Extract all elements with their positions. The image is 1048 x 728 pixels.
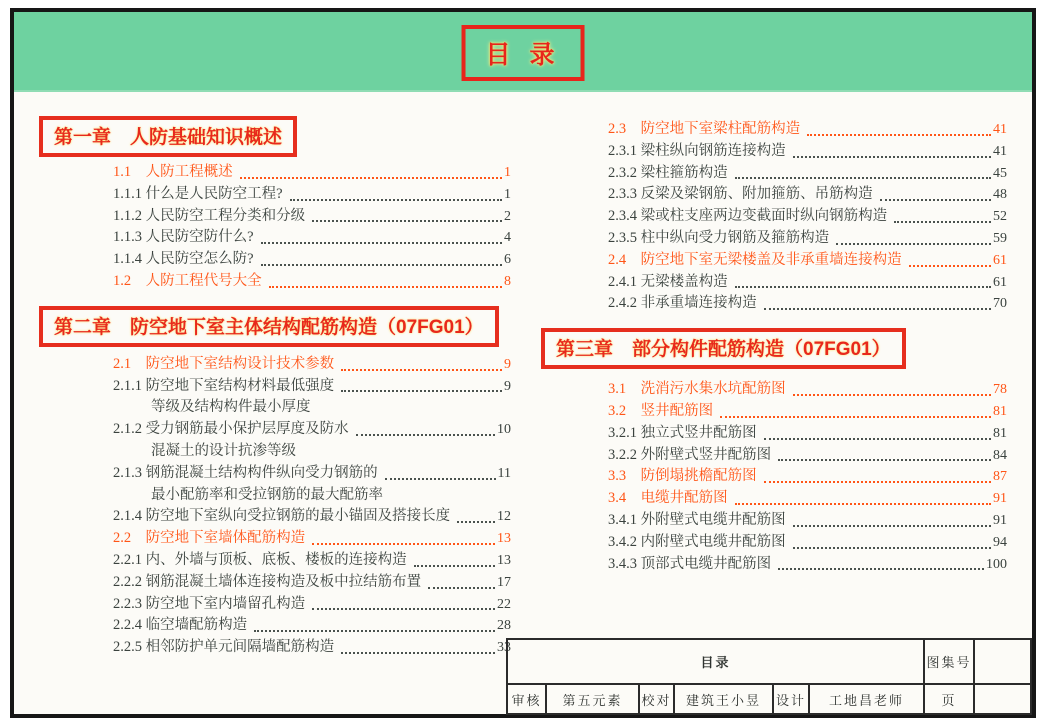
- toc-entry-text: 3.4 电缆井配筋图: [608, 488, 728, 510]
- page-number: 87: [993, 466, 1007, 488]
- toc-entry: 2.4 防空地下室无梁楼盖及非承重墙连接构造61: [608, 250, 1007, 272]
- toc-entry: 2.1.3 钢筋混凝土结构构件纵向受力钢筋的11: [113, 463, 511, 485]
- page-number: 22: [497, 594, 511, 616]
- dotted-leader: [735, 286, 991, 288]
- toc-entry-text: 2.2.1 内、外墙与顶板、底板、楼板的连接构造: [113, 550, 407, 572]
- page-number: 100: [986, 554, 1007, 576]
- toc-entry-text: 3.2.2 外附壁式竖井配筋图: [608, 445, 771, 467]
- toc-entry: 3.2 竖井配筋图81: [608, 401, 1007, 423]
- page-number: 41: [993, 141, 1007, 163]
- toc-entry: 2.3.5 柱中纵向受力钢筋及箍筋构造59: [608, 228, 1007, 250]
- dotted-leader: [793, 394, 991, 396]
- toc-entry: 2.2.5 相邻防护单元间隔墙配筋构造33: [113, 637, 511, 659]
- page-number: 11: [498, 463, 511, 485]
- toc-entry: 2.1 防空地下室结构设计技术参数9: [113, 354, 511, 376]
- review-label: 审核: [507, 684, 546, 714]
- toc-entry: 3.4.1 外附壁式电缆井配筋图91: [608, 510, 1007, 532]
- chapter3-entry-list: 3.1 洗消污水集水坑配筋图783.2 竖井配筋图813.2.1 独立式竖井配筋…: [541, 379, 1007, 575]
- toc-entry: 2.2.2 钢筋混凝土墙体连接构造及板中拉结筋布置17: [113, 572, 511, 594]
- toc-entry-text: 1.2 人防工程代号大全: [113, 271, 262, 293]
- dotted-leader: [807, 134, 991, 136]
- dotted-leader: [312, 608, 495, 610]
- toc-entry: 2.2 防空地下室墙体配筋构造13: [113, 528, 511, 550]
- toc-entry-text: 2.3.2 梁柱箍筋构造: [608, 163, 728, 185]
- toc-entry-text: 2.2.2 钢筋混凝土墙体连接构造及板中拉结筋布置: [113, 572, 421, 594]
- dotted-leader: [312, 220, 502, 222]
- page-number: 78: [993, 379, 1007, 401]
- toc-entry: 等级及结构构件最小厚度: [113, 397, 511, 419]
- toc-entry-text: 2.1.3 钢筋混凝土结构构件纵向受力钢筋的: [113, 463, 378, 485]
- design-label: 设计: [773, 684, 809, 714]
- toc-entry-text: 2.3 防空地下室梁柱配筋构造: [608, 119, 800, 141]
- toc-entry: 3.4 电缆井配筋图91: [608, 488, 1007, 510]
- page-number: 45: [993, 163, 1007, 185]
- page-number: 52: [993, 206, 1007, 228]
- toc-entry-text: 最小配筋率和受拉钢筋的最大配筋率: [113, 485, 383, 507]
- page-number: 1: [504, 162, 511, 184]
- toc-entry-text: 2.3.5 柱中纵向受力钢筋及箍筋构造: [608, 228, 829, 250]
- page-cell-value: [974, 684, 1031, 714]
- toc-entry: 2.2.4 临空墙配筋构造28: [113, 615, 511, 637]
- chapter2-entry-list: 2.1 防空地下室结构设计技术参数92.1.1 防空地下室结构材料最低强度9等级…: [39, 354, 511, 659]
- page-number: 1: [504, 184, 511, 206]
- dotted-leader: [909, 265, 991, 267]
- chapter1-heading-box: 第一章 人防基础知识概述: [39, 116, 297, 157]
- page-number: 91: [993, 488, 1007, 510]
- toc-entry: 3.3 防倒塌挑檐配筋图87: [608, 466, 1007, 488]
- toc-entry: 最小配筋率和受拉钢筋的最大配筋率: [113, 485, 511, 507]
- dotted-leader: [764, 481, 991, 483]
- dotted-leader: [764, 308, 991, 310]
- toc-entry-text: 2.2.4 临空墙配筋构造: [113, 615, 247, 637]
- dotted-leader: [269, 286, 502, 288]
- toc-entry: 2.1.1 防空地下室结构材料最低强度9: [113, 376, 511, 398]
- page-number: 9: [504, 376, 511, 398]
- toc-entry: 2.1.4 防空地下室纵向受拉钢筋的最小锚固及搭接长度12: [113, 506, 511, 528]
- dotted-leader: [240, 177, 502, 179]
- dotted-leader: [341, 390, 502, 392]
- dotted-leader: [793, 156, 991, 158]
- dotted-leader: [793, 525, 991, 527]
- page-number: 48: [993, 184, 1007, 206]
- toc-entry-text: 2.3.3 反梁及梁钢筋、附加箍筋、吊筋构造: [608, 184, 873, 206]
- toc-entry: 3.4.2 内附壁式电缆井配筋图94: [608, 532, 1007, 554]
- dotted-leader: [356, 434, 495, 436]
- toc-entry: 2.3.2 梁柱箍筋构造45: [608, 163, 1007, 185]
- page-number: 12: [497, 506, 511, 528]
- dotted-leader: [764, 438, 991, 440]
- chapter1-heading: 第一章 人防基础知识概述: [54, 127, 282, 148]
- page-number: 2: [504, 206, 511, 228]
- page-number: 13: [497, 550, 511, 572]
- toc-entry-text: 2.1.2 受力钢筋最小保护层厚度及防水: [113, 419, 349, 441]
- toc-entry: 2.2.1 内、外墙与顶板、底板、楼板的连接构造13: [113, 550, 511, 572]
- page-number: 91: [993, 510, 1007, 532]
- toc-entry-text: 2.4.2 非承重墙连接构造: [608, 293, 757, 315]
- atlas-number-label: 图集号: [924, 639, 974, 684]
- dotted-leader: [290, 199, 502, 201]
- dotted-leader: [735, 177, 991, 179]
- page-number: 10: [497, 419, 511, 441]
- toc-entry-text: 2.1 防空地下室结构设计技术参数: [113, 354, 334, 376]
- toc-entry: 2.3.3 反梁及梁钢筋、附加箍筋、吊筋构造48: [608, 184, 1007, 206]
- toc-entry: 1.1.3 人民防空防什么?4: [113, 227, 511, 249]
- toc-entry: 1.1.2 人民防空工程分类和分级2: [113, 206, 511, 228]
- toc-entry-text: 2.2.3 防空地下室内墙留孔构造: [113, 594, 305, 616]
- dotted-leader: [720, 416, 991, 418]
- chapter3-heading: 第三章 部分构件配筋构造（07FG01）: [556, 339, 891, 360]
- atlas-number-value: [974, 639, 1031, 684]
- toc-entry-text: 1.1.3 人民防空防什么?: [113, 227, 254, 249]
- toc-entry: 1.2 人防工程代号大全8: [113, 271, 511, 293]
- toc-entry-text: 混凝土的设计抗渗等级: [113, 441, 296, 463]
- toc-entry: 2.3.4 梁或柱支座两边变截面时纵向钢筋构造52: [608, 206, 1007, 228]
- proof-value: 建筑王小昱: [674, 684, 773, 714]
- toc-entry: 1.1 人防工程概述1: [113, 162, 511, 184]
- toc-entry: 2.1.2 受力钢筋最小保护层厚度及防水10: [113, 419, 511, 441]
- toc-entry-text: 3.4.3 顶部式电缆井配筋图: [608, 554, 771, 576]
- toc-entry-text: 2.4 防空地下室无梁楼盖及非承重墙连接构造: [608, 250, 902, 272]
- dotted-leader: [414, 565, 495, 567]
- dotted-leader: [428, 587, 495, 589]
- page-number: 59: [993, 228, 1007, 250]
- page-number: 84: [993, 445, 1007, 467]
- toc-left-column: 第一章 人防基础知识概述 1.1 人防工程概述11.1.1 什么是人民防空工程?…: [39, 116, 511, 659]
- toc-entry: 2.2.3 防空地下室内墙留孔构造22: [113, 594, 511, 616]
- toc-entry-text: 2.2 防空地下室墙体配筋构造: [113, 528, 305, 550]
- page-number: 6: [504, 249, 511, 271]
- toc-entry: 3.4.3 顶部式电缆井配筋图100: [608, 554, 1007, 576]
- page-number: 9: [504, 354, 511, 376]
- page-number: 61: [993, 272, 1007, 294]
- toc-entry: 3.2.2 外附壁式竖井配筋图84: [608, 445, 1007, 467]
- page-number: 61: [993, 250, 1007, 272]
- dotted-leader: [778, 568, 984, 570]
- page-cell-label: 页: [924, 684, 974, 714]
- toc-entry-text: 2.1.1 防空地下室结构材料最低强度: [113, 376, 334, 398]
- toc-entry-text: 3.2 竖井配筋图: [608, 401, 713, 423]
- toc-entry: 2.3.1 梁柱纵向钢筋连接构造41: [608, 141, 1007, 163]
- dotted-leader: [261, 264, 502, 266]
- page-number: 4: [504, 227, 511, 249]
- dotted-leader: [457, 521, 495, 523]
- title-block: 目录 图集号 审核 第五元素 校对 建筑王小昱 设计 工地昌老师 页: [506, 638, 1032, 715]
- toc-right-column: 2.3 防空地下室梁柱配筋构造412.3.1 梁柱纵向钢筋连接构造412.3.2…: [541, 119, 1007, 575]
- dotted-leader: [254, 630, 495, 632]
- toc-entry-text: 2.1.4 防空地下室纵向受拉钢筋的最小锚固及搭接长度: [113, 506, 450, 528]
- page-number: 94: [993, 532, 1007, 554]
- review-value: 第五元素: [546, 684, 639, 714]
- dotted-leader: [778, 459, 991, 461]
- chapter2-heading: 第二章 防空地下室主体结构配筋构造（07FG01）: [54, 317, 484, 338]
- chapter2-heading-box: 第二章 防空地下室主体结构配筋构造（07FG01）: [39, 306, 499, 347]
- toc-entry: 2.4.2 非承重墙连接构造70: [608, 293, 1007, 315]
- page-title: 目 录: [486, 41, 561, 69]
- dotted-leader: [880, 199, 991, 201]
- toc-title-box: 目 录: [462, 25, 585, 81]
- toc-entry: 2.4.1 无梁楼盖构造61: [608, 272, 1007, 294]
- toc-entry-text: 1.1.4 人民防空怎么防?: [113, 249, 254, 271]
- page-number: 81: [993, 401, 1007, 423]
- chapter1-entry-list: 1.1 人防工程概述11.1.1 什么是人民防空工程?11.1.2 人民防空工程…: [39, 162, 511, 293]
- toc-entry: 1.1.4 人民防空怎么防?6: [113, 249, 511, 271]
- dotted-leader: [261, 242, 502, 244]
- toc-entry: 1.1.1 什么是人民防空工程?1: [113, 184, 511, 206]
- toc-entry: 混凝土的设计抗渗等级: [113, 441, 511, 463]
- toc-entry-text: 3.1 洗消污水集水坑配筋图: [608, 379, 786, 401]
- page-number: 41: [993, 119, 1007, 141]
- page-number: 8: [504, 271, 511, 293]
- dotted-leader: [312, 543, 495, 545]
- toc-entry-text: 3.4.2 内附壁式电缆井配筋图: [608, 532, 786, 554]
- dotted-leader: [735, 503, 991, 505]
- toc-entry-text: 1.1.1 什么是人民防空工程?: [113, 184, 283, 206]
- chapter2-continued-entry-list: 2.3 防空地下室梁柱配筋构造412.3.1 梁柱纵向钢筋连接构造412.3.2…: [541, 119, 1007, 315]
- design-value: 工地昌老师: [809, 684, 924, 714]
- proof-label: 校对: [639, 684, 674, 714]
- chapter3-heading-box: 第三章 部分构件配筋构造（07FG01）: [541, 328, 906, 369]
- dotted-leader: [836, 243, 991, 245]
- dotted-leader: [894, 221, 991, 223]
- dotted-leader: [341, 652, 495, 654]
- page-number: 17: [497, 572, 511, 594]
- toc-entry-text: 1.1.2 人民防空工程分类和分级: [113, 206, 305, 228]
- page-number: 28: [497, 615, 511, 637]
- dotted-leader: [341, 369, 502, 371]
- toc-entry-text: 1.1 人防工程概述: [113, 162, 233, 184]
- page-number: 70: [993, 293, 1007, 315]
- page-number: 81: [993, 423, 1007, 445]
- header-green-band: 目 录: [14, 12, 1032, 92]
- dotted-leader: [385, 478, 496, 480]
- toc-entry-text: 等级及结构构件最小厚度: [113, 397, 311, 419]
- toc-entry-text: 3.3 防倒塌挑檐配筋图: [608, 466, 757, 488]
- toc-entry-text: 3.2.1 独立式竖井配筋图: [608, 423, 757, 445]
- toc-entry: 3.2.1 独立式竖井配筋图81: [608, 423, 1007, 445]
- page-number: 13: [497, 528, 511, 550]
- scanned-toc-page: 目 录 第一章 人防基础知识概述 1.1 人防工程概述11.1.1 什么是人民防…: [10, 8, 1036, 718]
- toc-entry-text: 2.2.5 相邻防护单元间隔墙配筋构造: [113, 637, 334, 659]
- toc-entry-text: 2.3.1 梁柱纵向钢筋连接构造: [608, 141, 786, 163]
- toc-entry: 2.3 防空地下室梁柱配筋构造41: [608, 119, 1007, 141]
- dotted-leader: [793, 547, 991, 549]
- title-block-doc-title: 目录: [507, 639, 924, 684]
- toc-entry: 3.1 洗消污水集水坑配筋图78: [608, 379, 1007, 401]
- toc-entry-text: 2.4.1 无梁楼盖构造: [608, 272, 728, 294]
- toc-entry-text: 3.4.1 外附壁式电缆井配筋图: [608, 510, 786, 532]
- toc-entry-text: 2.3.4 梁或柱支座两边变截面时纵向钢筋构造: [608, 206, 887, 228]
